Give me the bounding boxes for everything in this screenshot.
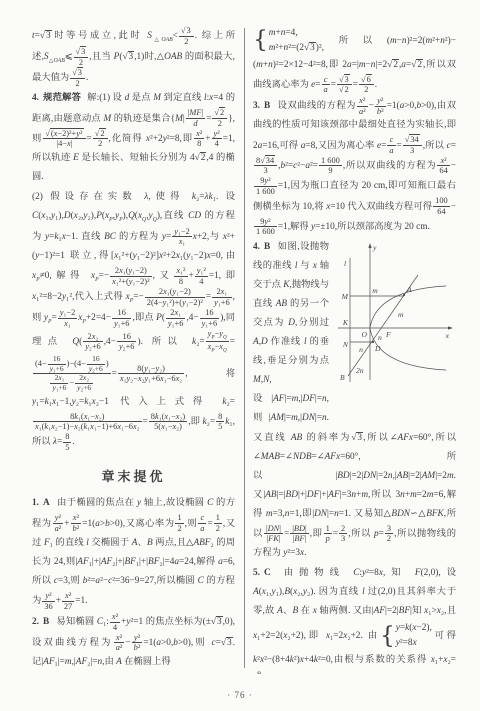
figure-label-directrix: l bbox=[344, 259, 346, 268]
figure-label-n-line: n bbox=[378, 333, 382, 342]
figure-label-F: F bbox=[385, 330, 391, 339]
left-column: t=√3时等号成立,此时 S△OAB<√32. 综上所述,S△OAB⩽√32,且… bbox=[32, 26, 237, 674]
page-number: · 76 · bbox=[0, 690, 480, 700]
problem-item-3: 3.B设双曲线的方程为x²a²−y²b²=1(a>0,b>0),由双曲线的性质可… bbox=[253, 96, 456, 237]
item-answer: B bbox=[264, 242, 270, 252]
item-body: 由抛物线 C:y²=8x,知 F(2,0),设 A(x₁,y₁),B(x₂,y₂… bbox=[253, 568, 456, 674]
solution-text: {m+n=4,m²+n²=(2√3)²,所以(m−n)²=2(m²+n²)−(m… bbox=[253, 36, 456, 90]
item-body: 设双曲线的方程为x²a²−y²b²=1(a>0,b>0),由双曲线的性质可知该颈… bbox=[253, 101, 456, 232]
figure-label-m-top: m bbox=[372, 286, 378, 295]
item-number: 2. bbox=[32, 617, 39, 627]
solution-continuation: t=√3时等号成立,此时 S△OAB<√32. 综上所述,S△OAB⩽√32,且… bbox=[32, 26, 235, 88]
x-axis-arrow-icon bbox=[448, 326, 453, 329]
item-body: 由于椭圆的焦点在 y 轴上,故设椭圆 C 的方程为y²a²+x²b²=1(a>b… bbox=[32, 498, 235, 606]
item-answer: C bbox=[264, 568, 271, 578]
item-answer: B bbox=[264, 101, 270, 111]
parabola-figure: y x l M A K O F N D B m m n n 2n bbox=[332, 240, 456, 420]
problem-item-4: y x l M A K O F N D B m m n n 2n bbox=[253, 238, 456, 563]
section-heading: 章末提优 bbox=[32, 466, 235, 485]
problem-item-2: 2.B易知椭圆 C₁:x²4+y²=1 的焦点坐标为(±√3,0),设双曲线方程… bbox=[32, 612, 235, 672]
problem-item-5: 5.C由抛物线 C:y²=8x,知 F(2,0),设 A(x₁,y₁),B(x₂… bbox=[253, 564, 456, 674]
figure-label-2n: 2n bbox=[356, 366, 364, 375]
problem-item-1: 1.A由于椭圆的焦点在 y 轴上,故设椭圆 C 的方程为y²a²+x²b²=1(… bbox=[32, 494, 235, 611]
item-answer: A bbox=[43, 498, 50, 508]
item-number: 4. bbox=[253, 242, 260, 252]
figure-label-n-bottom: n bbox=[359, 345, 363, 354]
figure-label-D: D bbox=[374, 344, 381, 353]
item-number: 1. bbox=[32, 498, 39, 508]
item-tag: 规范解答 bbox=[43, 93, 81, 103]
figure-label-B: B bbox=[340, 373, 345, 382]
item-body: 解:(1) 设 d 是点 M 到定直线 l:x=4 的距离,由题意动点 M 的轨… bbox=[32, 93, 235, 182]
figure-label-x: x bbox=[445, 331, 450, 340]
problem-item-4-solution: 4.规范解答解:(1) 设 d 是点 M 到定直线 l:x=4 的距离,由题意动… bbox=[32, 89, 235, 187]
figure-label-m-line: m bbox=[398, 310, 404, 319]
figure-label-M: M bbox=[341, 292, 349, 301]
item-answer: B bbox=[43, 617, 49, 627]
figure-label-N: N bbox=[342, 340, 349, 349]
figure-label-K: K bbox=[342, 318, 349, 327]
solution-text: t=√3时等号成立,此时 S△OAB<√32. 综上所述,S△OAB⩽√32,且… bbox=[32, 31, 235, 83]
figure-label-y: y bbox=[372, 243, 377, 252]
item-number: 3. bbox=[253, 101, 260, 111]
item-number: 4. bbox=[32, 93, 39, 103]
problem-item-4-part2: (2) 假设存在实数 λ,使得 k₂=λk₁. 设 C(x₁,y₁),D(x₂,… bbox=[32, 188, 235, 452]
solution-continuation: {m+n=4,m²+n²=(2√3)²,所以(m−n)²=2(m²+n²)−(m… bbox=[253, 26, 456, 95]
right-column: {m+n=4,m²+n²=(2√3)²,所以(m−n)²=2(m²+n²)−(m… bbox=[251, 26, 456, 674]
y-axis-arrow-icon bbox=[368, 243, 371, 248]
figure-label-O: O bbox=[362, 330, 368, 339]
book-page: t=√3时等号成立,此时 S△OAB<√32. 综上所述,S△OAB⩽√32,且… bbox=[0, 0, 480, 674]
point-D bbox=[372, 341, 374, 343]
column-divider bbox=[244, 28, 245, 668]
two-column-layout: t=√3时等号成立,此时 S△OAB<√32. 综上所述,S△OAB⩽√32,且… bbox=[32, 26, 456, 674]
figure-label-A: A bbox=[406, 285, 412, 294]
item-body: (2) 假设存在实数 λ,使得 k₂=λk₁. 设 C(x₁,y₁),D(x₂,… bbox=[32, 192, 235, 447]
item-body: 易知椭圆 C₁:x²4+y²=1 的焦点坐标为(±√3,0),设双曲线方程为x²… bbox=[32, 617, 235, 666]
item-number: 5. bbox=[253, 568, 260, 578]
point-A bbox=[403, 294, 405, 296]
